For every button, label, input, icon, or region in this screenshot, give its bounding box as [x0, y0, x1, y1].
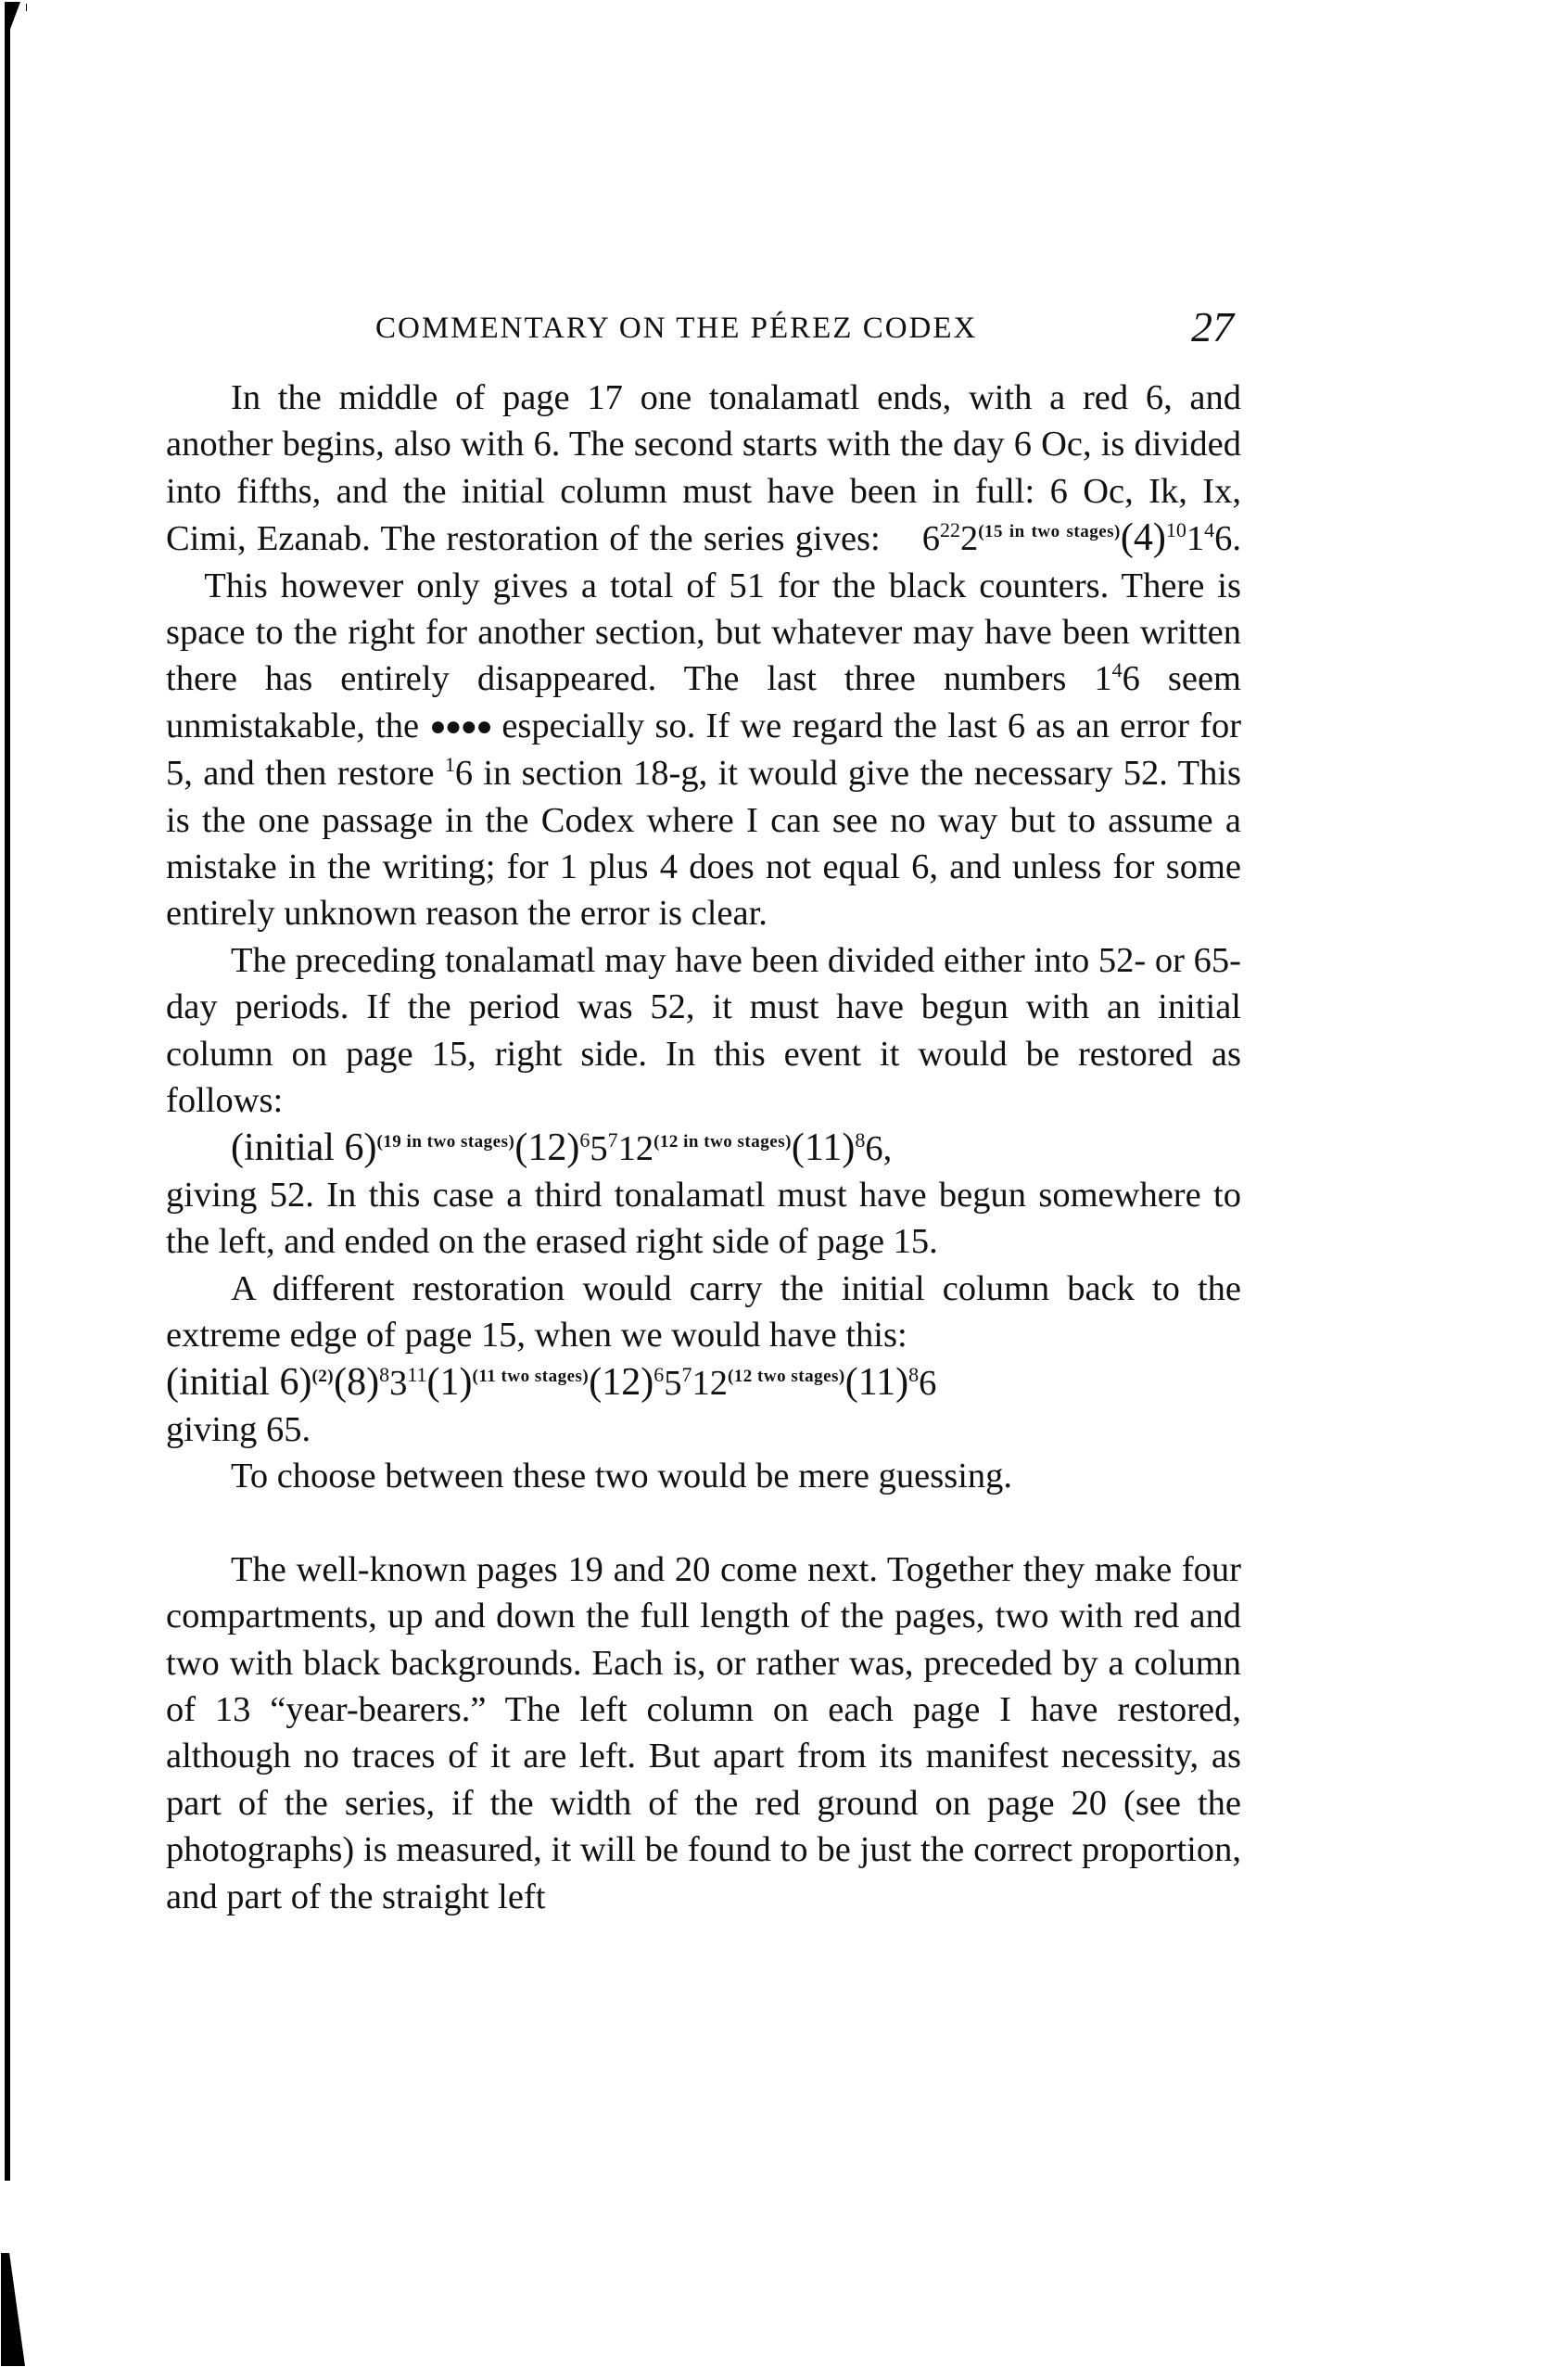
series-formula-inline: 6222(15 in two stages)(4)10146.	[922, 519, 1241, 558]
paragraph-3: giving 52. In this case a third tonalama…	[166, 1172, 1241, 1266]
page-number: 27	[1191, 302, 1234, 351]
four-dots-glyph: ●●●●	[429, 711, 491, 742]
paragraph-2: The preceding tonalamatl may have been d…	[166, 937, 1241, 1125]
paragraph-1: In the middle of page 17 one tonalamatl …	[166, 375, 1241, 937]
paragraph-1-text-b: This however only gives a total of 51 fo…	[166, 566, 1241, 699]
running-title: COMMENTARY ON THE PÉREZ CODEX	[375, 312, 977, 346]
paragraph-4: A different restoration would carry the …	[166, 1266, 1241, 1359]
scan-artifact	[26, 4, 27, 11]
paragraph-7: The well-known pages 19 and 20 come next…	[166, 1546, 1241, 1920]
scan-page-edge-bottom	[1, 2253, 25, 2366]
paragraph-6: To choose between these two would be mer…	[166, 1453, 1241, 1499]
body-text: In the middle of page 17 one tonalamatl …	[166, 375, 1241, 1920]
restoration-formula-65: (initial 6)(2)(8)8311(1)(11 two stages)(…	[166, 1359, 1241, 1406]
restoration-formula-52: (initial 6)(19 in two stages)(12)65712(1…	[166, 1125, 1241, 1172]
running-head: COMMENTARY ON THE PÉREZ CODEX 27	[0, 302, 1548, 358]
paragraph-5: giving 65.	[166, 1406, 1241, 1453]
scan-page-edge-top	[7, 2, 20, 30]
